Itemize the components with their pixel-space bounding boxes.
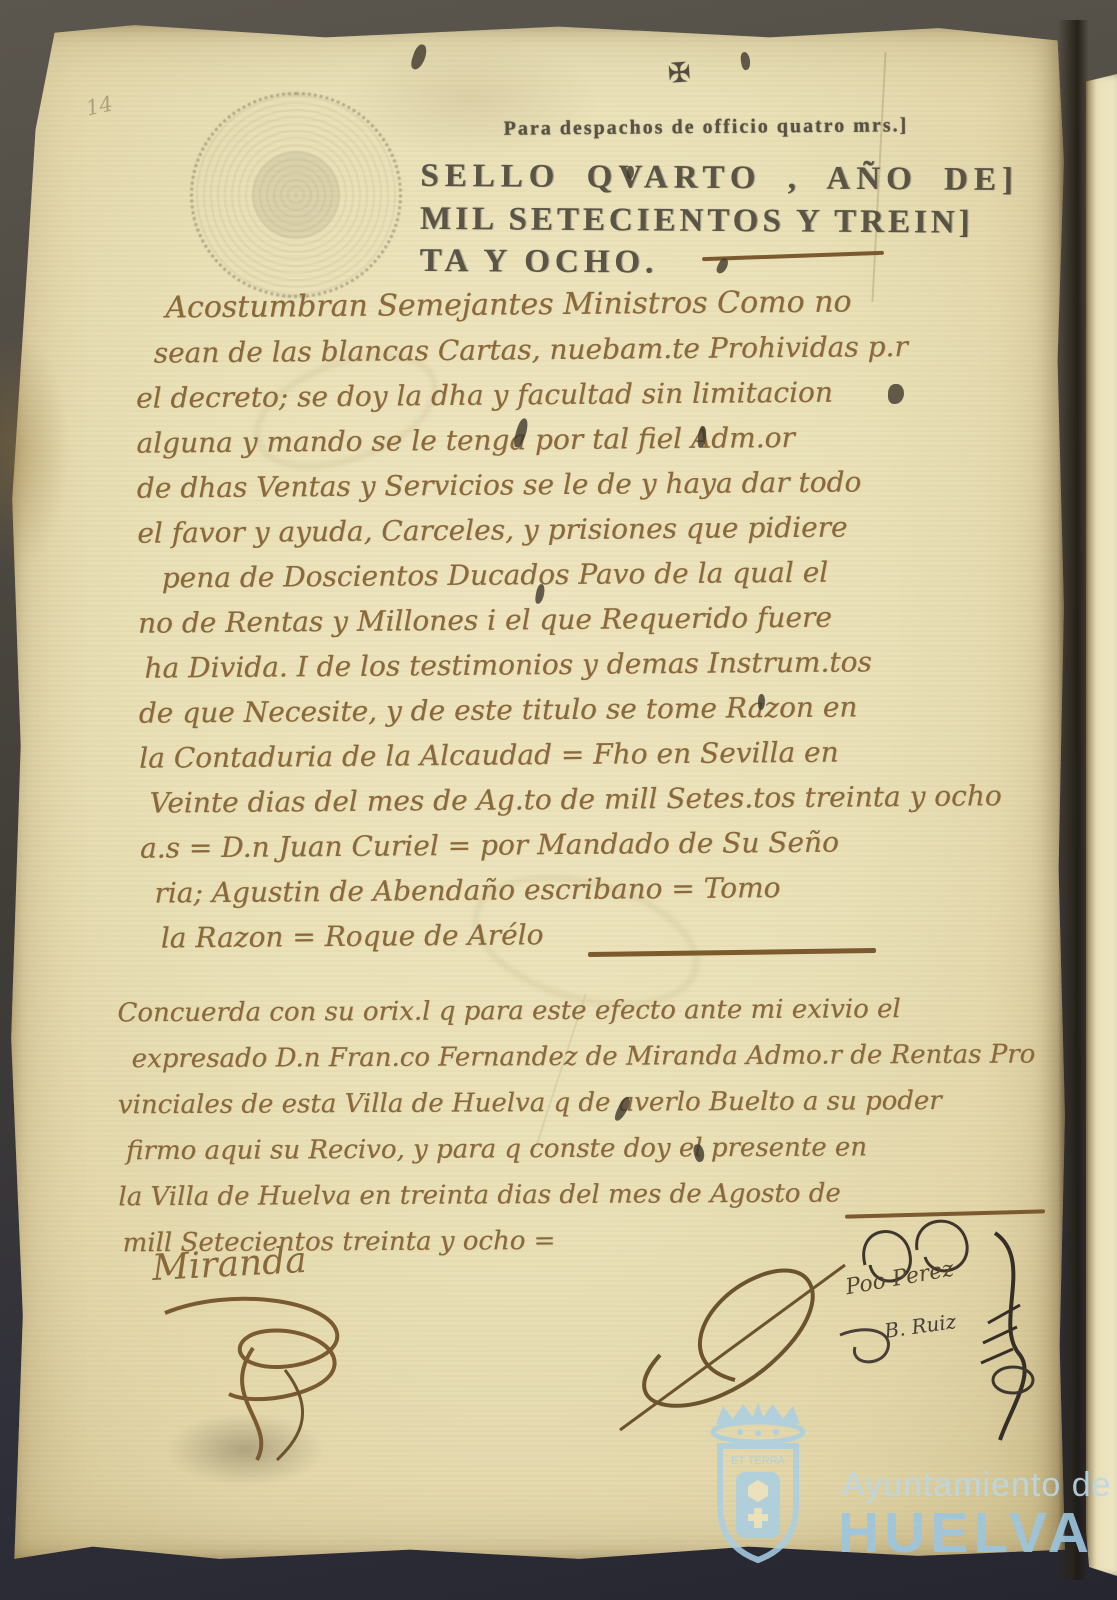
shield-motto: ET TERRA xyxy=(731,1455,786,1467)
manuscript-line: alguna y mando se le tenga por tal fiel … xyxy=(136,413,996,466)
adjacent-page-edge xyxy=(1086,74,1117,1576)
manuscript-line: de que Necesite, y de este titulo se tom… xyxy=(139,683,999,736)
manuscript-line: Acostumbran Semejantes Ministros Como no xyxy=(165,278,995,330)
manuscript-line: no de Rentas y Millones i el que Requeri… xyxy=(138,593,998,646)
scanned-document: 14 ✠ Para despachos de officio quatro mr… xyxy=(0,0,1117,1600)
stamp-line-2: MIL SETECIENTOS Y TREIN] xyxy=(420,198,1019,244)
binding-spine-shadow xyxy=(1058,20,1088,1580)
stamp-rubric-line: Para despachos de officio quatro mrs.] xyxy=(432,114,980,142)
huelva-coat-of-arms: ET TERRA xyxy=(698,1396,818,1568)
manuscript-line: ha Divida. I de los testimonios y demas … xyxy=(144,638,998,690)
cross-icon: ✠ xyxy=(667,57,692,90)
manuscript-line: sean de las blancas Cartas, nuebam.te Pr… xyxy=(153,323,995,375)
manuscript-line: Concuerda con su orix.l q para este efec… xyxy=(117,986,1017,1037)
stamp-line-1: SELLO QVARTO , AÑO DE] xyxy=(420,154,1019,202)
manuscript-line: el decreto; se doy la dha y facultad sin… xyxy=(136,368,996,421)
manuscript-line: el favor y ayuda, Carceles, y prisiones … xyxy=(137,503,997,556)
manuscript-line: de dhas Ventas y Servicios se le de y ha… xyxy=(137,458,997,511)
circular-ink-seal xyxy=(190,92,402,298)
manuscript-line: ria; Agustin de Abendaño escribano = Tom… xyxy=(154,863,1000,915)
manuscript-line: vinciales de esta Villa de Huelva q de a… xyxy=(118,1078,1018,1129)
manuscript-line: pena de Doscientos Ducados Pavo de la qu… xyxy=(161,548,997,600)
manuscript-line: expresado D.n Fran.co Fernandez de Miran… xyxy=(132,1032,1018,1083)
manuscript-line: a.s = D.n Juan Curiel = por Mandado de S… xyxy=(140,818,1000,871)
manuscript-line: Veinte dias del mes de Ag.to de mill Set… xyxy=(149,773,999,825)
watermark-title: HUELVA xyxy=(838,1500,1094,1566)
manuscript-line: firmo aqui su Recivo, y para q conste do… xyxy=(126,1124,1018,1175)
manuscript-line: la Contaduria de la Alcaudad = Fho en Se… xyxy=(139,728,999,781)
signature-rubric-flourish xyxy=(135,1278,405,1463)
manuscript-paragraph-1: Acostumbran Semejantes Ministros Como no… xyxy=(135,278,1001,960)
